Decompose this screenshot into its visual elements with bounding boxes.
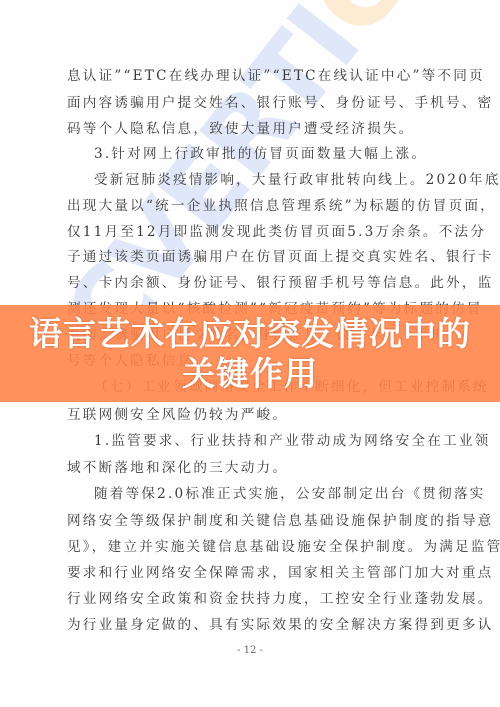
text-line: 受新冠肺炎疫情影响，大量行政审批转向线上。2020年底， [94,171,433,189]
text-line: 3.针对网上行政审批的仿冒页面数量大幅上涨。 [94,145,433,163]
text-line: 为行业量身定做的、具有实际效果的安全解决方案得到更多认 [67,616,433,634]
text-line: 码等个人隐私信息，致使大量用户遭受经济损失。 [67,120,433,138]
page-number: - 12 - [0,645,500,656]
watermark-text-accent: CO [287,0,482,59]
document-page: CVERTICO 息认证”“ETC在线办理认证”“ETC在线认证中心”等不同页面… [0,0,500,707]
text-line: 行业网络安全政策和资金扶持力度，工控安全行业蓬勃发展。 [67,590,433,608]
text-line: 号、卡内余额、身份证号、银行预留手机号等信息。此外，监 [67,274,433,292]
text-line: 域不断落地和深化的三大动力。 [67,459,433,477]
text-line: 网络安全等级保护制度和关键信息基础设施保护制度的指导意 [67,512,433,530]
text-line: 见》，建立并实施关键信息基础设施安全保护制度。为满足监管 [67,538,433,556]
text-line: 要求和行业网络安全保障需求，国家相关主管部门加大对重点 [67,564,433,582]
text-line: 面内容诱骗用户提交姓名、银行账号、身份证号、手机号、密 [67,94,433,112]
text-line: 仅11月至12月即监测发现此类仿冒页面5.3万余条。不法分 [67,223,433,241]
text-line: 互联网侧安全风险仍较为严峻。 [67,406,433,424]
banner-title-line1: 语言艺术在应对突发情况中的 [29,314,471,354]
banner-title-line2: 关键作用 [182,354,318,394]
text-line: 子通过该类页面诱骗用户在仿冒页面上提交真实姓名、银行卡 [67,248,433,266]
text-line: 随着等保2.0标准正式实施，公安部制定出台《贯彻落实 [94,485,433,503]
title-banner: 语言艺术在应对突发情况中的 关键作用 [0,305,500,402]
text-line: 1.监管要求、行业扶持和产业带动成为网络安全在工业领 [94,432,433,450]
text-line: 息认证”“ETC在线办理认证”“ETC在线认证中心”等不同页 [67,67,433,85]
text-line: 出现大量以“统一企业执照信息管理系统”为标题的仿冒页面， [67,197,433,215]
